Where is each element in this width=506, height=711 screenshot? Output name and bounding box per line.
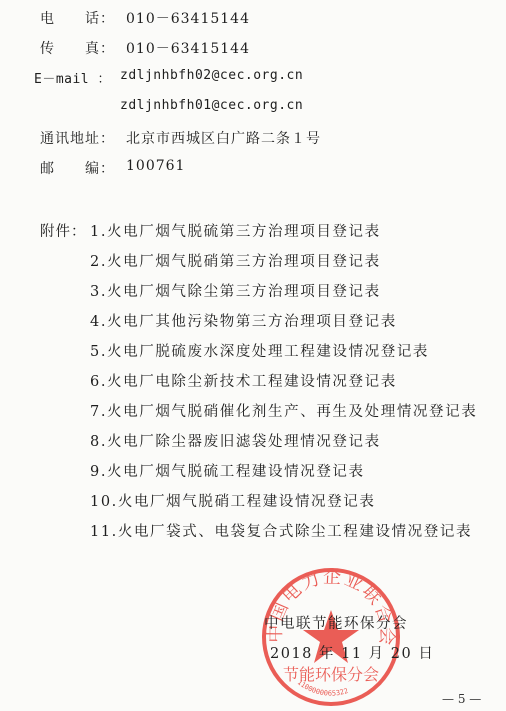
email-label: E－mail ： bbox=[34, 68, 111, 87]
attachments-label: 附件： bbox=[40, 220, 87, 241]
address-label: 通讯地址： bbox=[40, 128, 115, 148]
attachment-item: 3.火电厂烟气除尘第三方治理项目登记表 bbox=[90, 280, 381, 301]
phone-value: 010－63415144 bbox=[126, 8, 250, 28]
address-value: 北京市西城区白广路二条１号 bbox=[126, 128, 321, 148]
fax-label: 传 真： bbox=[40, 38, 115, 58]
seal-center-text: 节能环保分会 bbox=[283, 665, 379, 684]
attachment-item: 4.火电厂其他污染物第三方治理项目登记表 bbox=[90, 310, 397, 331]
phone-label: 电 话： bbox=[40, 8, 115, 28]
postcode-value: 100761 bbox=[126, 158, 185, 174]
fax-value: 010－63415144 bbox=[126, 38, 250, 58]
attachment-item: 10.火电厂烟气脱硝工程建设情况登记表 bbox=[90, 490, 375, 511]
attachment-item: 1.火电厂烟气脱硫第三方治理项目登记表 bbox=[90, 220, 381, 241]
signing-organization: 中电联节能环保分会 bbox=[264, 612, 408, 633]
postcode-label: 邮 编： bbox=[40, 158, 115, 178]
attachment-item: 8.火电厂除尘器废旧滤袋处理情况登记表 bbox=[90, 430, 381, 451]
official-seal: 中国电力企业联合会 节能环保分会 1100000065322 bbox=[262, 568, 400, 706]
email-value-1: zdljnhbfh02@cec.org.cn bbox=[120, 68, 303, 83]
attachment-item: 2.火电厂烟气脱硝第三方治理项目登记表 bbox=[90, 250, 381, 271]
page-number: — 5 — bbox=[442, 692, 481, 706]
seal-star-icon: 中国电力企业联合会 节能环保分会 1100000065322 bbox=[262, 568, 400, 706]
document-page: 电 话： 010－63415144 传 真： 010－63415144 E－ma… bbox=[0, 0, 506, 711]
attachment-item: 7.火电厂烟气脱硝催化剂生产、再生及处理情况登记表 bbox=[90, 400, 477, 421]
attachment-item: 11.火电厂袋式、电袋复合式除尘工程建设情况登记表 bbox=[90, 520, 472, 541]
attachment-item: 6.火电厂电除尘新技术工程建设情况登记表 bbox=[90, 370, 397, 391]
attachment-item: 9.火电厂烟气脱硫工程建设情况登记表 bbox=[90, 460, 365, 481]
attachment-item: 5.火电厂脱硫废水深度处理工程建设情况登记表 bbox=[90, 340, 429, 361]
signing-date: 2018 年 11 月 20 日 bbox=[270, 642, 434, 663]
email-value-2: zdljnhbfh01@cec.org.cn bbox=[120, 98, 303, 113]
